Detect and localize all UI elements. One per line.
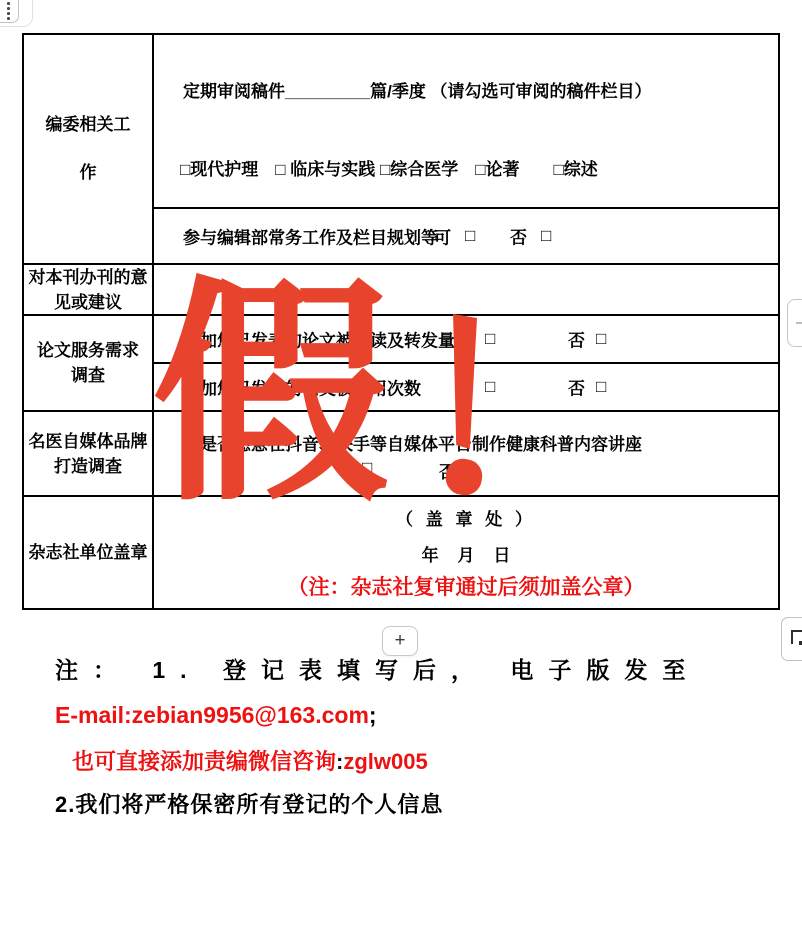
table-row-opinion: 对本刊办刊的意 见或建议 bbox=[24, 265, 778, 316]
seal-red-note: （注：杂志社复审通过后须加盖公章） bbox=[154, 571, 778, 601]
table-row-service: 论文服务需求 调查 增加您已发表的论文被阅读及转发量 □ 否 □ 增加您已发表的… bbox=[24, 316, 778, 412]
seal-date-text: 年 月 日 bbox=[154, 541, 778, 566]
row-header-seal: 杂志社单位盖章 bbox=[24, 497, 154, 608]
service-q1-no-checkbox: □ bbox=[596, 329, 606, 349]
table-row-seal: 杂志社单位盖章 （ 盖 章 处 ） 年 月 日 （注：杂志社复审通过后须加盖公章… bbox=[24, 497, 778, 608]
email-address: E-mail:zebian9956@163.com bbox=[55, 702, 369, 728]
dash-icon bbox=[796, 322, 802, 324]
participate-yes-label: 可 bbox=[434, 224, 451, 249]
table-row-editorial: 编委相关工 作 定期审阅稿件_________篇/季度 （请勾选可审阅的稿件栏目… bbox=[24, 35, 778, 265]
participate-no-label: 否 bbox=[510, 224, 527, 249]
participate-yes-checkbox: □ bbox=[465, 226, 475, 246]
service-q2-no-label: 否 bbox=[568, 375, 585, 400]
wechat-text: 也可直接添加责编微信咨询 bbox=[72, 749, 336, 774]
document-page: 编委相关工 作 定期审阅稿件_________篇/季度 （请勾选可审阅的稿件栏目… bbox=[0, 0, 802, 946]
service-q2-yes-checkbox: □ bbox=[485, 377, 495, 397]
row-header-editorial: 编委相关工 作 bbox=[24, 35, 154, 263]
row-header-service: 论文服务需求 调查 bbox=[24, 316, 154, 410]
fake-watermark-char: 假 bbox=[152, 276, 390, 516]
email-suffix: ; bbox=[369, 702, 377, 728]
wechat-id: zglw005 bbox=[343, 749, 427, 774]
note-line-wechat: 也可直接添加责编微信咨询:zglw005 bbox=[72, 745, 428, 776]
side-button-upper[interactable] bbox=[787, 299, 802, 347]
service-q1-no-label: 否 bbox=[568, 327, 585, 352]
cell-review-quota: 定期审阅稿件_________篇/季度 （请勾选可审阅的稿件栏目） □现代护理 … bbox=[154, 35, 778, 209]
service-q2-no-checkbox: □ bbox=[596, 377, 606, 397]
participate-no-checkbox: □ bbox=[541, 226, 551, 246]
row-header-media: 名医自媒体品牌 打造调查 bbox=[24, 412, 154, 495]
participate-text: 参与编辑部常务工作及栏目规划等 bbox=[183, 224, 438, 249]
cell-participate: 参与编辑部常务工作及栏目规划等 可 □ 否 □ bbox=[154, 209, 778, 263]
note-line-email: E-mail:zebian9956@163.com; bbox=[55, 702, 377, 729]
column-checkboxes-text: □现代护理 □ 临床与实践 □综合医学 □论著 □综述 bbox=[180, 155, 598, 180]
note-line-1: 注： 1. 登记表填写后， 电子版发至 bbox=[55, 652, 700, 685]
side-button-lower[interactable] bbox=[781, 617, 802, 661]
menu-button[interactable] bbox=[0, 0, 19, 23]
registration-table: 编委相关工 作 定期审阅稿件_________篇/季度 （请勾选可审阅的稿件栏目… bbox=[22, 33, 780, 610]
review-quota-text: 定期审阅稿件_________篇/季度 （请勾选可审阅的稿件栏目） bbox=[183, 77, 652, 102]
add-button[interactable]: + bbox=[382, 626, 418, 656]
table-row-media: 名医自媒体品牌 打造调查 您是否愿意在抖音、快手等自媒体平台制作健康科普内容讲座… bbox=[24, 412, 778, 497]
service-q1-yes-checkbox: □ bbox=[485, 329, 495, 349]
note-line-privacy: 2.我们将严格保密所有登记的个人信息 bbox=[55, 788, 443, 819]
row-header-opinion: 对本刊办刊的意 见或建议 bbox=[24, 265, 154, 314]
